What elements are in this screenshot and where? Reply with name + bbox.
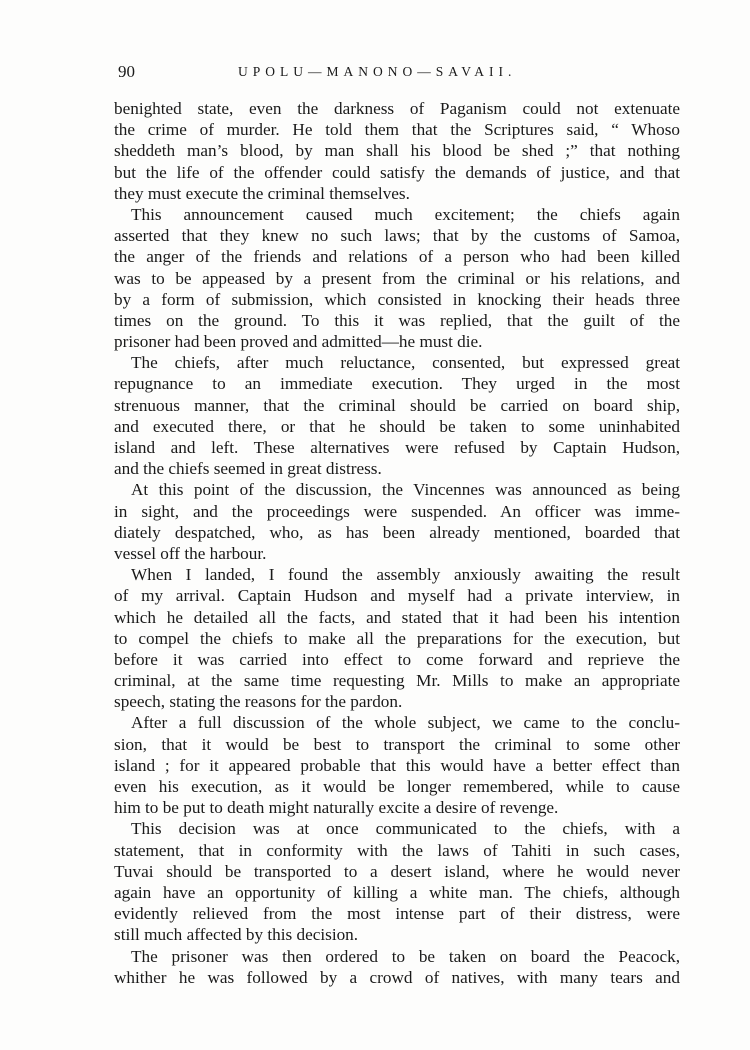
text-line: The chiefs, after much reluctance, conse… [114,352,680,373]
text-line: they must execute the criminal themselve… [114,183,680,204]
text-line: still much affected by this decision. [114,924,680,945]
paragraph: The chiefs, after much reluctance, conse… [114,352,680,479]
text-line: vessel off the harbour. [114,543,680,564]
text-line: island ; for it appeared probable that t… [114,755,680,776]
text-line: sheddeth man’s blood, by man shall his b… [114,140,680,161]
text-line: criminal, at the same time requesting Mr… [114,670,680,691]
text-line: At this point of the discussion, the Vin… [114,479,680,500]
paragraph: After a full discussion of the whole sub… [114,712,680,818]
text-line: was to be appeased by a present from the… [114,268,680,289]
text-line: him to be put to death might naturally e… [114,797,680,818]
text-line: times on the ground. To this it was repl… [114,310,680,331]
paragraph: At this point of the discussion, the Vin… [114,479,680,564]
paragraph: The prisoner was then ordered to be take… [114,946,680,988]
text-line: This announcement caused much excitement… [114,204,680,225]
text-line: before it was carried into effect to com… [114,649,680,670]
page-number: 90 [118,60,135,84]
text-line: to compel the chiefs to make all the pre… [114,628,680,649]
text-line: which he detailed all the facts, and sta… [114,607,680,628]
text-line: This decision was at once communicated t… [114,818,680,839]
text-line: prisoner had been proved and admitted—he… [114,331,680,352]
text-line: again have an opportunity of killing a w… [114,882,680,903]
text-line: statement, that in conformity with the l… [114,840,680,861]
book-page: 90 UPOLU—MANONO—SAVAII. benighted state,… [0,0,750,1050]
text-line: and executed there, or that he should be… [114,416,680,437]
text-line: When I landed, I found the assembly anxi… [114,564,680,585]
text-line: asserted that they knew no such laws; th… [114,225,680,246]
paragraph: benighted state, even the darkness of Pa… [114,98,680,204]
text-line: repugnance to an immediate execution. Th… [114,373,680,394]
text-line: of my arrival. Captain Hudson and myself… [114,585,680,606]
text-line: Tuvai should be transported to a desert … [114,861,680,882]
text-line: After a full discussion of the whole sub… [114,712,680,733]
body-text: benighted state, even the darkness of Pa… [114,98,680,988]
text-line: but the life of the offender could satis… [114,162,680,183]
text-line: whither he was followed by a crowd of na… [114,967,680,988]
text-line: in sight, and the proceedings were suspe… [114,501,680,522]
text-line: evidently relieved from the most intense… [114,903,680,924]
text-line: The prisoner was then ordered to be take… [114,946,680,967]
paragraph: This decision was at once communicated t… [114,818,680,945]
running-title: UPOLU—MANONO—SAVAII. [238,60,516,84]
text-line: island and left. These alternatives were… [114,437,680,458]
text-line: the crime of murder. He told them that t… [114,119,680,140]
page-header: 90 UPOLU—MANONO—SAVAII. [118,60,688,84]
paragraph: When I landed, I found the assembly anxi… [114,564,680,712]
text-line: diately despatched, who, as has been alr… [114,522,680,543]
text-line: benighted state, even the darkness of Pa… [114,98,680,119]
text-line: the anger of the friends and relations o… [114,246,680,267]
text-line: strenuous manner, that the criminal shou… [114,395,680,416]
text-line: speech, stating the reasons for the pard… [114,691,680,712]
text-line: and the chiefs seemed in great distress. [114,458,680,479]
text-line: by a form of submission, which consisted… [114,289,680,310]
paragraph: This announcement caused much excitement… [114,204,680,352]
text-line: sion, that it would be best to transport… [114,734,680,755]
text-line: even his execution, as it would be longe… [114,776,680,797]
